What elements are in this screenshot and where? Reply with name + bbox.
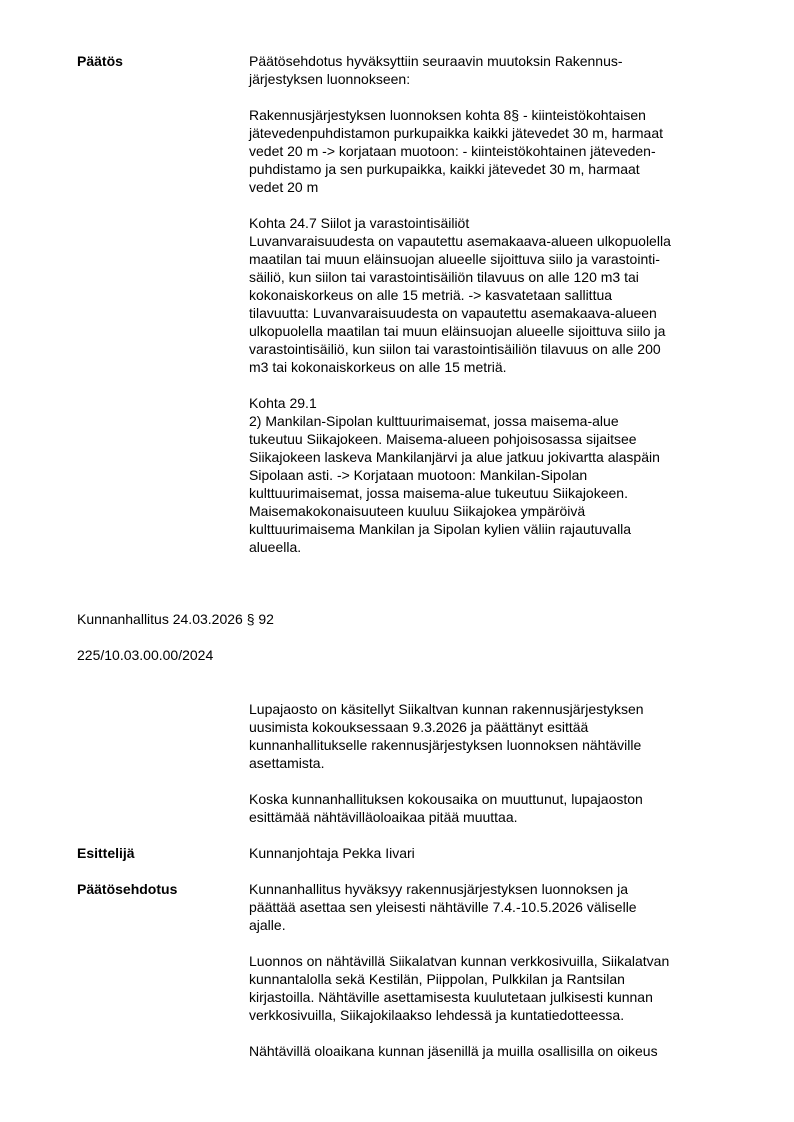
presenter-name: Kunnanjohtaja Pekka Iivari xyxy=(249,844,737,862)
paragraph: Kohta 29.1 2) Mankilan-Sipolan kulttuuri… xyxy=(249,394,737,556)
section-label-paatosehdotus: Päätösehdotus xyxy=(77,880,249,1060)
section-paatos: Päätös Päätösehdotus hyväksyttiin seuraa… xyxy=(77,52,737,556)
spacer xyxy=(77,682,737,700)
section-paatosehdotus: Päätösehdotus Kunnanhallitus hyväksyy ra… xyxy=(77,880,737,1060)
paragraph: Päätösehdotus hyväksyttiin seuraavin muu… xyxy=(249,52,737,88)
paragraph: Rakennusjärjestyksen luonnoksen kohta 8§… xyxy=(249,106,737,196)
paragraph: Lupajaosto on käsitellyt Siikaltvan kunn… xyxy=(249,700,737,772)
spacer xyxy=(77,556,737,592)
paragraph: Koska kunnanhallituksen kokousaika on mu… xyxy=(249,790,737,826)
diary-number: 225/10.03.00.00/2024 xyxy=(77,646,737,664)
meeting-title: Kunnanhallitus 24.03.2026 § 92 xyxy=(77,610,737,628)
section-content-paatosehdotus: Kunnanhallitus hyväksyy rakennusjärjesty… xyxy=(249,880,737,1060)
document-page: Päätös Päätösehdotus hyväksyttiin seuraa… xyxy=(77,52,737,1060)
paragraph: Luonnos on nähtävillä Siikalatvan kunnan… xyxy=(249,952,737,1024)
intro-text: Lupajaosto on käsitellyt Siikaltvan kunn… xyxy=(249,700,737,826)
section-esittelija: Esittelijä Kunnanjohtaja Pekka Iivari xyxy=(77,844,737,862)
section-label-paatos: Päätös xyxy=(77,52,249,556)
spacer xyxy=(77,862,737,880)
paragraph: Nähtävillä oloaikana kunnan jäsenillä ja… xyxy=(249,1042,737,1060)
meeting-header: Kunnanhallitus 24.03.2026 § 92 225/10.03… xyxy=(77,592,737,682)
paragraph: Kunnanhallitus hyväksyy rakennusjärjesty… xyxy=(249,880,737,934)
paragraph: Kohta 24.7 Siilot ja varastointisäiliöt … xyxy=(249,214,737,376)
spacer xyxy=(77,826,737,844)
section-label-esittelija: Esittelijä xyxy=(77,844,249,862)
section-content-paatos: Päätösehdotus hyväksyttiin seuraavin muu… xyxy=(249,52,737,556)
